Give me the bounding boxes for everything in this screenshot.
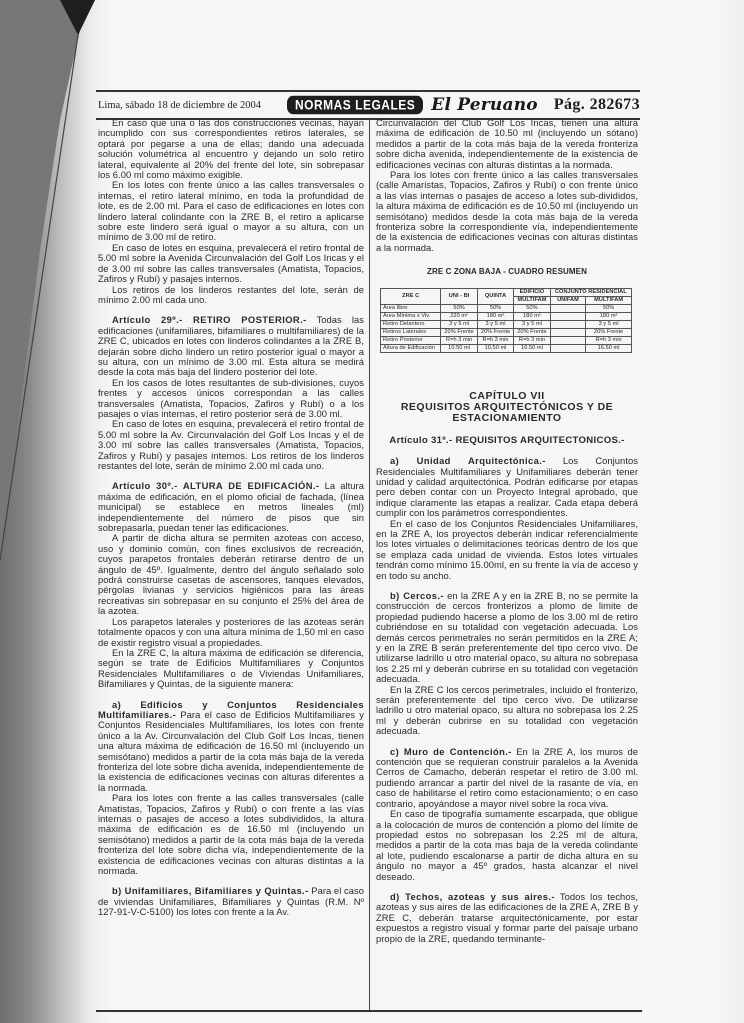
cell: 20% Frente	[441, 328, 477, 336]
section-d: d) Techos, azoteas y sus aires.- Todos l…	[376, 892, 638, 944]
cell	[550, 304, 586, 312]
paragraph: Para los lotes con frente a las calles t…	[98, 793, 364, 876]
table-row: Altura de Edificación 10.50 ml 10.50 ml …	[381, 344, 632, 352]
paragraph: En los casos de lotes resultantes de sub…	[98, 378, 364, 420]
section-b: b) Unifamiliares, Bifamiliares y Quintas…	[98, 886, 364, 917]
header-quinta: QUINTA	[477, 288, 513, 304]
article-30: Artículo 30º.- ALTURA DE EDIFICACIÓN.- L…	[98, 481, 364, 533]
page-number: Pág. 282673	[546, 96, 640, 114]
row-label: Retiro Delantero	[381, 320, 441, 328]
row-label: Área libre	[381, 304, 441, 312]
cell: 50%	[586, 304, 632, 312]
cell: R=h 3 min	[514, 336, 550, 344]
cell: 3 y 5 ml	[514, 320, 550, 328]
paragraph: En la ZRE C los cercos perimetrales, inc…	[376, 685, 638, 737]
article-30-title: Artículo 30º.- ALTURA DE EDIFICACIÓN.-	[112, 480, 319, 491]
article-29: Artículo 29º.- RETIRO POSTERIOR.- Todas …	[98, 315, 364, 377]
cell	[550, 312, 586, 320]
section-b: b) Cercos.- en la ZRE A y en la ZRE B, n…	[376, 591, 638, 685]
paragraph: En los lotes con frente único a las call…	[98, 180, 364, 242]
section-d-title: d) Techos, azoteas y sus aires.-	[390, 891, 555, 902]
paragraph: En caso que una o las dos construcciones…	[98, 118, 364, 180]
cell: 3 y 5 ml	[586, 320, 632, 328]
paragraph: Los retiros de los linderos restantes de…	[98, 285, 364, 306]
page-header: Lima, sábado 18 de diciembre de 2004 NOR…	[96, 90, 640, 120]
cell: 16.50 ml	[586, 344, 632, 352]
cell: 220 m²	[441, 312, 477, 320]
publication-date: Lima, sábado 18 de diciembre de 2004	[96, 100, 261, 111]
section-a: a) Unidad Arquitectónica.- Los Conjuntos…	[376, 456, 638, 518]
cell	[550, 344, 586, 352]
newspaper-logo: El Peruano	[431, 95, 538, 115]
paragraph: Los parapetos laterales y posteriores de…	[98, 617, 364, 648]
cell: 16.50 ml	[514, 344, 550, 352]
cell: 180 m²	[514, 312, 550, 320]
paragraph: En la ZRE C, la altura máxima de edifica…	[98, 648, 364, 690]
row-label: Retiros Laterales	[381, 328, 441, 336]
paragraph: En la ZRE A, los muros de contención que…	[376, 746, 638, 809]
right-column: Circunvalación del Club Golf Los Incas, …	[376, 118, 638, 944]
table-row: Retiro Posterior R=h 3 min R=h 3 min R=h…	[381, 336, 632, 344]
paragraph: En caso de lotes en esquina, prevalecerá…	[98, 419, 364, 471]
header-multifam: MULTIFAM	[586, 296, 632, 304]
cell: 180 m²	[586, 312, 632, 320]
table-title: ZRE C ZONA BAJA - CUADRO RESUMEN	[376, 267, 638, 277]
cell: R=h 3 min	[586, 336, 632, 344]
cell: 3 y 5 ml	[477, 320, 513, 328]
cell	[550, 320, 586, 328]
table-row: Área libre 50% 50% 50% 50%	[381, 304, 632, 312]
chapter-heading: CAPÍTULO VII REQUISITOS ARQUITECTÓNICOS …	[376, 391, 638, 424]
cell	[550, 336, 586, 344]
table-row: Retiro Delantero 3 y 5 ml 3 y 5 ml 3 y 5…	[381, 320, 632, 328]
cell: 180 m²	[477, 312, 513, 320]
paragraph: Para los lotes con frente único a las ca…	[376, 170, 638, 253]
paragraph: En el caso de los Conjuntos Residenciale…	[376, 519, 638, 581]
cell: 20% Frente	[477, 328, 513, 336]
bottom-rule	[96, 1010, 642, 1012]
paragraph: En caso de lotes en esquina, prevalecerá…	[98, 243, 364, 285]
cell	[550, 328, 586, 336]
table-row: Retiros Laterales 20% Frente 20% Frente …	[381, 328, 632, 336]
cell: 3 y 5 ml	[441, 320, 477, 328]
cell: R=h 3 min	[441, 336, 477, 344]
cell: 50%	[441, 304, 477, 312]
paragraph: A partir de dicha altura se permiten azo…	[98, 533, 364, 616]
section-a-title: a) Unidad Arquitectónica.-	[390, 455, 546, 466]
summary-table: ZRE C UNI - BI QUINTA EDIFICIO CONJUNTO …	[380, 288, 632, 353]
header-unifam: UNIFAM	[550, 296, 586, 304]
header-zre-c: ZRE C	[381, 288, 441, 304]
cell: 50%	[477, 304, 513, 312]
cell: 50%	[514, 304, 550, 312]
row-label: Altura de Edificación	[381, 344, 441, 352]
paragraph: en la ZRE A y en la ZRE B, no se permite…	[376, 590, 638, 684]
section-b-title: b) Unifamiliares, Bifamiliares y Quintas…	[112, 885, 309, 896]
folded-corner	[0, 0, 110, 600]
cell: 10.50 ml	[477, 344, 513, 352]
cell: 20% Frente	[514, 328, 550, 336]
article-29-title: Artículo 29º.- RETIRO POSTERIOR.-	[112, 314, 307, 325]
header-edificio-multifam: MULTIFAM	[514, 296, 550, 304]
section-badge: NORMAS LEGALES	[287, 96, 423, 114]
paragraph: Los Conjuntos Residenciales Multifamilia…	[376, 455, 638, 518]
cell: 10.50 ml	[441, 344, 477, 352]
paragraph: En caso de tipografía sumamente escarpad…	[376, 809, 638, 882]
article-31-title: Artículo 31º.- REQUISITOS ARQUITECTONICO…	[376, 436, 638, 446]
row-label: Retiro Posterior	[381, 336, 441, 344]
row-label: Área Mínima x Viv.	[381, 312, 441, 320]
paragraph: Todas las edificaciones (unifamiliares, …	[98, 314, 364, 377]
section-c: c) Muro de Contención.- En la ZRE A, los…	[376, 747, 638, 809]
header-conjunto-residencial: CONJUNTO RESIDENCIAL	[550, 288, 631, 296]
column-divider	[369, 118, 370, 1011]
paragraph: Para el caso de Edificios Multifamiliare…	[98, 709, 364, 793]
paragraph: Circunvalación del Club Golf Los Incas, …	[376, 118, 638, 170]
cell: 20% Frente	[586, 328, 632, 336]
header-uni-bi: UNI - BI	[441, 288, 477, 304]
section-c-title: c) Muro de Contención.-	[390, 746, 512, 757]
table-row: Área Mínima x Viv. 220 m² 180 m² 180 m² …	[381, 312, 632, 320]
page-edge	[720, 0, 744, 1023]
cell: R=h 3 min	[477, 336, 513, 344]
header-edificio: EDIFICIO	[514, 288, 550, 296]
chapter-title-line2: ESTACIONAMIENTO	[376, 413, 638, 424]
section-a: a) Edificios y Conjuntos Residenciales M…	[98, 700, 364, 794]
left-column: En caso que una o las dos construcciones…	[98, 118, 364, 918]
section-b-title: b) Cercos.-	[390, 590, 444, 601]
